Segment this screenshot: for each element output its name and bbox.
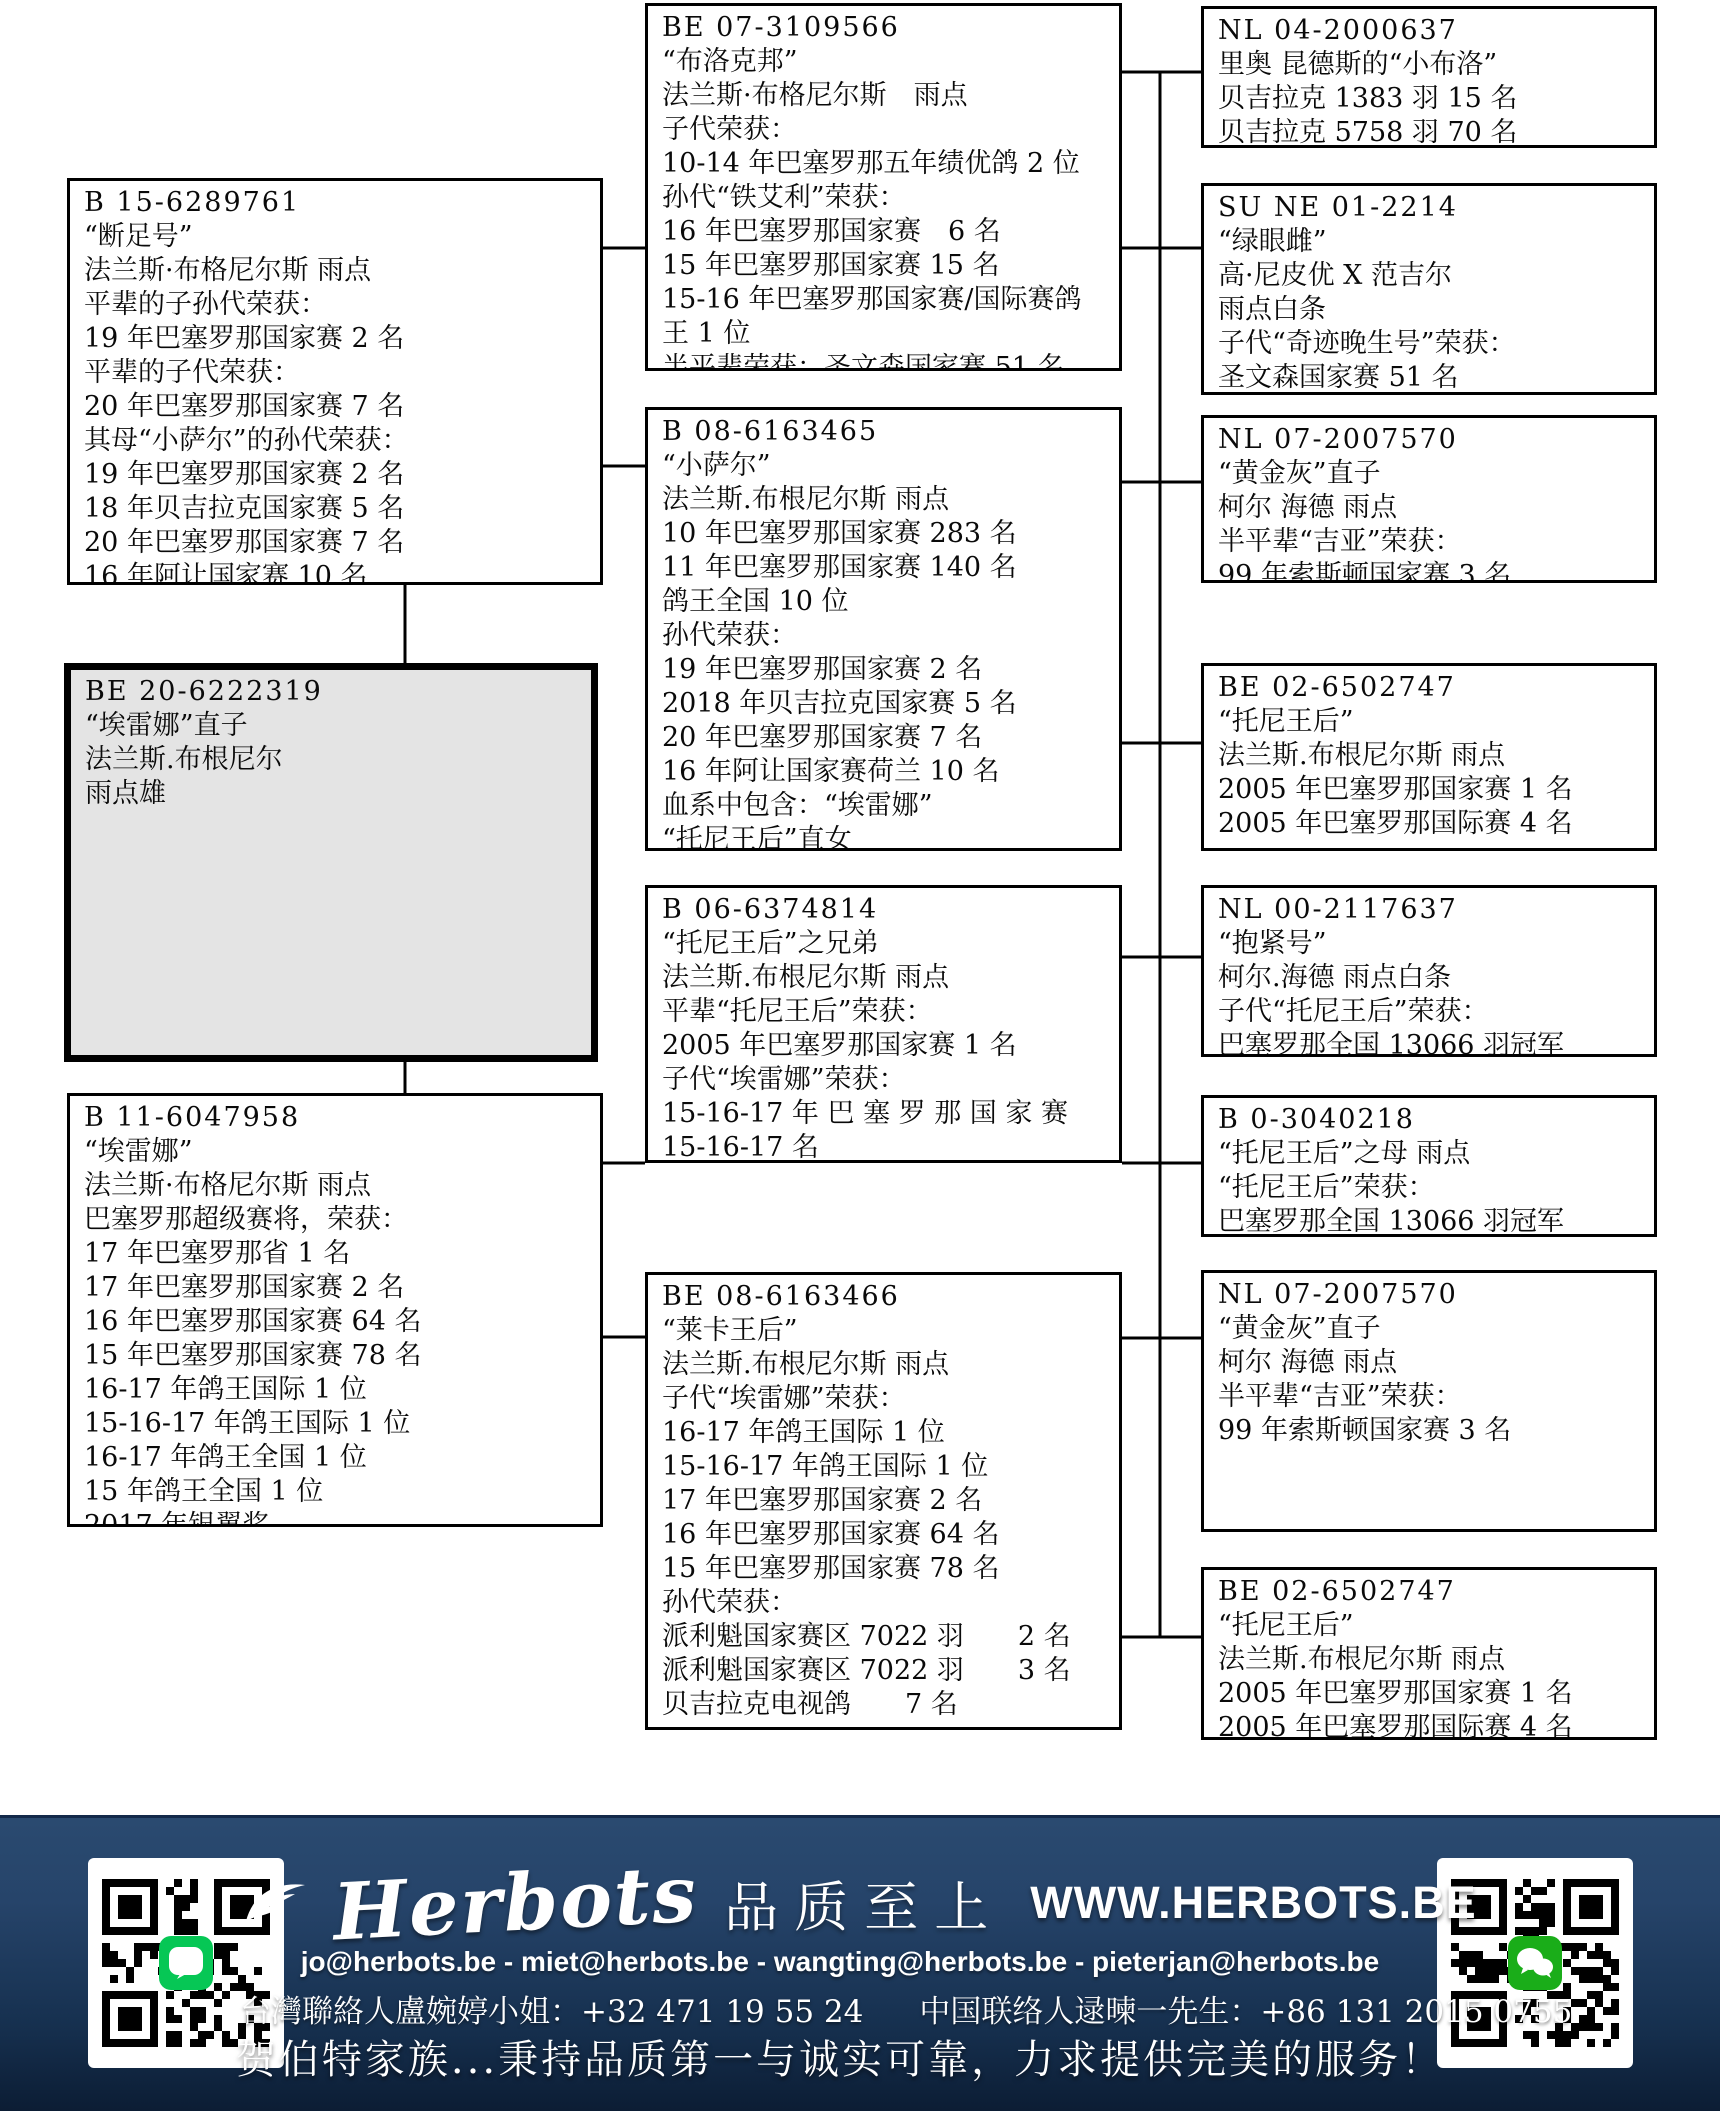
pedigree-box-ggparent-8: BE 02-6502747“托尼王后”法兰斯.布根尼尔斯 雨点2005 年巴塞罗… (1201, 1567, 1657, 1740)
pedigree-text-line: “小萨尔” (662, 449, 1111, 483)
pedigree-text-line: 2005 年巴塞罗那国际赛 4 名 (1218, 807, 1646, 841)
pedigree-text-line: “托尼王后”之兄弟 (662, 927, 1111, 961)
ring-number: SU NE 01-2214 (1218, 191, 1646, 225)
ring-number: NL 00-2117637 (1218, 893, 1646, 927)
pedigree-text-line: 子代荣获： (662, 113, 1111, 147)
pedigree-text-line: “莱卡王后” (662, 1314, 1111, 1348)
pedigree-text-line: 巴塞罗那全国 13066 羽冠军 (1218, 1029, 1646, 1057)
pedigree-text-line: 20 年巴塞罗那国家赛 7 名 (84, 526, 592, 560)
pedigree-text-line: 派利魁国家赛区 7022 羽 3 名 (662, 1654, 1111, 1688)
ring-number: NL 07-2007570 (1218, 423, 1646, 457)
pedigree-text-line: 15-16-17 年鸽王国际 1 位 (84, 1407, 592, 1441)
pedigree-text-line: 法兰斯.布根尼尔斯 雨点 (662, 483, 1111, 517)
pedigree-box-dam: B 11-6047958“埃雷娜”法兰斯·布格尼尔斯 雨点巴塞罗那超级赛将，荣获… (67, 1093, 603, 1527)
ring-number: B 0-3040218 (1218, 1103, 1646, 1137)
brand-row: Herbots 品质至上 WWW.HERBOTS.BE (0, 1848, 1720, 1958)
pedigree-box-sire: B 15-6289761“断足号”法兰斯·布格尼尔斯 雨点平辈的子孙代荣获：19… (67, 178, 603, 585)
pedigree-box-ggparent-4: BE 02-6502747“托尼王后”法兰斯.布根尼尔斯 雨点2005 年巴塞罗… (1201, 663, 1657, 851)
pedigree-text-line: 半平辈荣获：圣文森国家赛 51 名 (662, 351, 1111, 371)
pedigree-text-line: “托尼王后”荣获： (1218, 1171, 1646, 1205)
ring-number: BE 08-6163466 (662, 1280, 1111, 1314)
pedigree-text-line: 柯尔 海德 雨点 (1218, 491, 1646, 525)
contact-china: 中国联络人逯暕一先生：+86 131 2015 0755 (919, 1994, 1572, 2030)
pedigree-text-line: 鸽王全国 10 位 (662, 585, 1111, 619)
pedigree-text-line: 15-16-17 年鸽王国际 1 位 (662, 1450, 1111, 1484)
pedigree-text-line: 法兰斯.布根尼尔斯 雨点 (1218, 739, 1646, 773)
pedigree-text-line: 法兰斯·布格尼尔斯 雨点 (84, 1169, 592, 1203)
pedigree-text-line: 15 年巴塞罗那国家赛 15 名 (662, 249, 1111, 283)
pedigree-text-line: 16-17 年鸽王全国 1 位 (84, 1441, 592, 1475)
pedigree-text-line: “托尼王后” (1218, 705, 1646, 739)
pedigree-text-line: “埃雷娜”直子 (85, 709, 583, 743)
pedigree-text-line: 16 年巴塞罗那国家赛 64 名 (662, 1518, 1111, 1552)
pedigree-text-line: 高·尼皮优 X 范吉尔 (1218, 259, 1646, 293)
pedigree-box-ggparent-5: NL 00-2117637“抱紧号”柯尔.海德 雨点白条子代“托尼王后”荣获：巴… (1201, 885, 1657, 1057)
pedigree-text-line: 巴塞罗那全国 13066 羽冠军 (1218, 1205, 1646, 1237)
pedigree-text-line: 99 年索斯顿国家赛 3 名 (1218, 1414, 1646, 1448)
pedigree-text-line: 孙代“铁艾利”荣获： (662, 181, 1111, 215)
pedigree-text-line: “抱紧号” (1218, 927, 1646, 961)
ring-number: NL 04-2000637 (1218, 14, 1646, 48)
pedigree-box-granddam-1: B 08-6163465“小萨尔”法兰斯.布根尼尔斯 雨点10 年巴塞罗那国家赛… (645, 407, 1122, 851)
ring-number: B 11-6047958 (84, 1101, 592, 1135)
pedigree-text-line: 15 年巴塞罗那国家赛 78 名 (84, 1339, 592, 1373)
brand-tagline: 品质至上 (724, 1865, 1004, 1942)
pedigree-box-ggparent-1: NL 04-2000637里奥 昆德斯的“小布洛”贝吉拉克 1383 羽 15 … (1201, 6, 1657, 148)
ring-number: BE 02-6502747 (1218, 1575, 1646, 1609)
pedigree-text-line: 19 年巴塞罗那国家赛 2 名 (662, 653, 1111, 687)
pedigree-text-line: 半平辈“吉亚”荣获： (1218, 525, 1646, 559)
ring-number: BE 07-3109566 (662, 11, 1111, 45)
pedigree-text-line: 半平辈“吉亚”荣获： (1218, 1380, 1646, 1414)
pedigree-text-line: 圣文森国家赛 51 名 (1218, 361, 1646, 395)
pedigree-text-line: 17 年巴塞罗那国家赛 2 名 (662, 1484, 1111, 1518)
website-url: WWW.HERBOTS.BE (1030, 1877, 1476, 1929)
pedigree-text-line: “断足号” (84, 220, 592, 254)
pedigree-text-line: 孙代荣获： (662, 1586, 1111, 1620)
pedigree-text-line: 16 年阿让国家赛荷兰 10 名 (662, 755, 1111, 789)
ring-number: BE 20-6222319 (85, 675, 583, 709)
pedigree-text-line: “托尼王后” (1218, 1609, 1646, 1643)
pedigree-text-line: 贝吉拉克电视鸽 7 名 (662, 1688, 1111, 1722)
pedigree-text-line: 王 1 位 (662, 317, 1111, 351)
pedigree-text-line: “绿眼雌” (1218, 225, 1646, 259)
pedigree-text-line: 15 年巴塞罗那国家赛 78 名 (662, 1552, 1111, 1586)
pedigree-box-subject: BE 20-6222319“埃雷娜”直子法兰斯.布根尼尔雨点雄 (64, 663, 598, 1062)
pedigree-text-line: 巴塞罗那超级赛将，荣获： (84, 1203, 592, 1237)
pedigree-text-line: 19 年巴塞罗那国家赛 2 名 (84, 322, 592, 356)
pedigree-text-line: 法兰斯.布根尼尔斯 雨点 (1218, 1643, 1646, 1677)
pedigree-text-line: 子代“托尼王后”荣获： (1218, 995, 1646, 1029)
pedigree-text-line: 子代“埃雷娜”荣获： (662, 1063, 1111, 1097)
pedigree-text-line: 16-17 年鸽王国际 1 位 (662, 1416, 1111, 1450)
pedigree-text-line: 里奥 昆德斯的“小布洛” (1218, 48, 1646, 82)
pedigree-text-line: 11 年巴塞罗那国家赛 140 名 (662, 551, 1111, 585)
pedigree-text-line: 15-16 年巴塞罗那国家赛/国际赛鸽 (662, 283, 1111, 317)
pedigree-text-line: 17 年巴塞罗那省 1 名 (84, 1237, 592, 1271)
brand-logo-text: Herbots (331, 1848, 700, 1958)
pedigree-text-line: 雨点雄 (85, 777, 583, 811)
pedigree-box-grandsire-1: BE 07-3109566“布洛克邦”法兰斯·布格尼尔斯 雨点子代荣获：10-1… (645, 3, 1122, 371)
pedigree-text-line: 20 年巴塞罗那国家赛 7 名 (662, 721, 1111, 755)
pedigree-text-line: 派利魁国家赛区 7022 羽 2 名 (662, 1620, 1111, 1654)
pedigree-text-line: 2005 年巴塞罗那国际赛 4 名 (1218, 1711, 1646, 1740)
pedigree-text-line: 贝吉拉克 5758 羽 70 名 (1218, 116, 1646, 148)
pedigree-box-ggparent-3: NL 07-2007570“黄金灰”直子柯尔 海德 雨点半平辈“吉亚”荣获：99… (1201, 415, 1657, 583)
feather-icon (243, 1881, 307, 1925)
pedigree-text-line: 法兰斯.布根尼尔 (85, 743, 583, 777)
pedigree-text-line: 法兰斯.布根尼尔斯 雨点 (662, 961, 1111, 995)
pedigree-text-line: 子代“埃雷娜”荣获： (662, 1382, 1111, 1416)
ring-number: BE 02-6502747 (1218, 671, 1646, 705)
pedigree-text-line: 平辈的子孙代荣获： (84, 288, 592, 322)
footer-banner: Herbots 品质至上 WWW.HERBOTS.BE jo@herbots.b… (0, 1815, 1720, 2111)
pedigree-text-line: 2005 年巴塞罗那国家赛 1 名 (1218, 773, 1646, 807)
pedigree-text-line: 99 年索斯顿国家赛 3 名 (1218, 559, 1646, 583)
pedigree-text-line: 2005 年巴塞罗那国家赛 1 名 (1218, 1677, 1646, 1711)
pedigree-text-line: 16 年巴塞罗那国家赛 64 名 (84, 1305, 592, 1339)
pedigree-text-line: 法兰斯·布格尼尔斯 雨点 (84, 254, 592, 288)
pedigree-text-line: 15-16-17 年 巴 塞 罗 那 国 家 赛 (662, 1097, 1111, 1131)
ring-number: B 06-6374814 (662, 893, 1111, 927)
pedigree-box-granddam-2: BE 08-6163466“莱卡王后”法兰斯.布根尼尔斯 雨点子代“埃雷娜”荣获… (645, 1272, 1122, 1730)
pedigree-text-line: 雨点白条 (1218, 293, 1646, 327)
pedigree-text-line: 2018 年贝吉拉克国家赛 5 名 (662, 687, 1111, 721)
pedigree-text-line: 法兰斯.布根尼尔斯 雨点 (662, 1348, 1111, 1382)
pedigree-text-line: “托尼王后”直女 (662, 823, 1111, 851)
ring-number: NL 07-2007570 (1218, 1278, 1646, 1312)
footer-slogan: 贺伯特家族...秉持品质第一与诚实可靠，力求提供完美的服务！ (200, 2028, 1480, 2085)
pedigree-text-line: 18 年贝吉拉克国家赛 5 名 (84, 492, 592, 526)
pedigree-text-line: “黄金灰”直子 (1218, 457, 1646, 491)
pedigree-text-line: 柯尔.海德 雨点白条 (1218, 961, 1646, 995)
pedigree-text-line: 10-14 年巴塞罗那五年绩优鸽 2 位 (662, 147, 1111, 181)
pedigree-text-line: 柯尔 海德 雨点 (1218, 1346, 1646, 1380)
pedigree-text-line: 19 年巴塞罗那国家赛 2 名 (84, 458, 592, 492)
pedigree-text-line: 15-16-17 名 (662, 1131, 1111, 1163)
pedigree-text-line: “布洛克邦” (662, 45, 1111, 79)
pedigree-text-line: 2005 年巴塞罗那国家赛 1 名 (662, 1029, 1111, 1063)
pedigree-box-ggparent-7: NL 07-2007570“黄金灰”直子柯尔 海德 雨点半平辈“吉亚”荣获：99… (1201, 1270, 1657, 1532)
contact-emails: jo@herbots.be - miet@herbots.be - wangti… (260, 1946, 1420, 1978)
pedigree-text-line: 17 年巴塞罗那国家赛 2 名 (84, 1271, 592, 1305)
pedigree-box-ggparent-2: SU NE 01-2214“绿眼雌”高·尼皮优 X 范吉尔雨点白条子代“奇迹晚生… (1201, 183, 1657, 395)
pedigree-text-line: 20 年巴塞罗那国家赛 7 名 (84, 390, 592, 424)
pedigree-text-line: 其母“小萨尔”的孙代荣获： (84, 424, 592, 458)
pedigree-text-line: 10 年巴塞罗那国家赛 283 名 (662, 517, 1111, 551)
pedigree-text-line: 平辈“托尼王后”荣获： (662, 995, 1111, 1029)
pedigree-box-grandsire-2: B 06-6374814“托尼王后”之兄弟法兰斯.布根尼尔斯 雨点平辈“托尼王后… (645, 885, 1122, 1163)
pedigree-text-line: 子代“奇迹晚生号”荣获： (1218, 327, 1646, 361)
ring-number: B 15-6289761 (84, 186, 592, 220)
pedigree-text-line: 16 年巴塞罗那国家赛 6 名 (662, 215, 1111, 249)
pedigree-text-line: 法兰斯·布格尼尔斯 雨点 (662, 79, 1111, 113)
pedigree-text-line: 血系中包含：“埃雷娜” (662, 789, 1111, 823)
pedigree-text-line: 平辈的子代荣获： (84, 356, 592, 390)
pedigree-text-line: 16-17 年鸽王国际 1 位 (84, 1373, 592, 1407)
ring-number: B 08-6163465 (662, 415, 1111, 449)
contact-taiwan: 台灣聯絡人盧婉婷小姐：+32 471 19 55 24 (240, 1994, 863, 2030)
pedigree-box-ggparent-6: B 0-3040218“托尼王后”之母 雨点“托尼王后”荣获：巴塞罗那全国 13… (1201, 1095, 1657, 1237)
pedigree-text-line: 贝吉拉克 1383 羽 15 名 (1218, 82, 1646, 116)
contact-phones: 台灣聯絡人盧婉婷小姐：+32 471 19 55 24中国联络人逯暕一先生：+8… (240, 1986, 1440, 2031)
pedigree-text-line: “托尼王后”之母 雨点 (1218, 1137, 1646, 1171)
pedigree-text-line: 15 年鸽王全国 1 位 (84, 1475, 592, 1509)
pedigree-text-line: 孙代荣获： (662, 619, 1111, 653)
pedigree-text-line: “黄金灰”直子 (1218, 1312, 1646, 1346)
pedigree-text-line: 2017 年银翼奖 (84, 1509, 592, 1527)
pedigree-text-line: “埃雷娜” (84, 1135, 592, 1169)
pedigree-text-line: 16 年阿让国家赛 10 名 (84, 560, 592, 585)
